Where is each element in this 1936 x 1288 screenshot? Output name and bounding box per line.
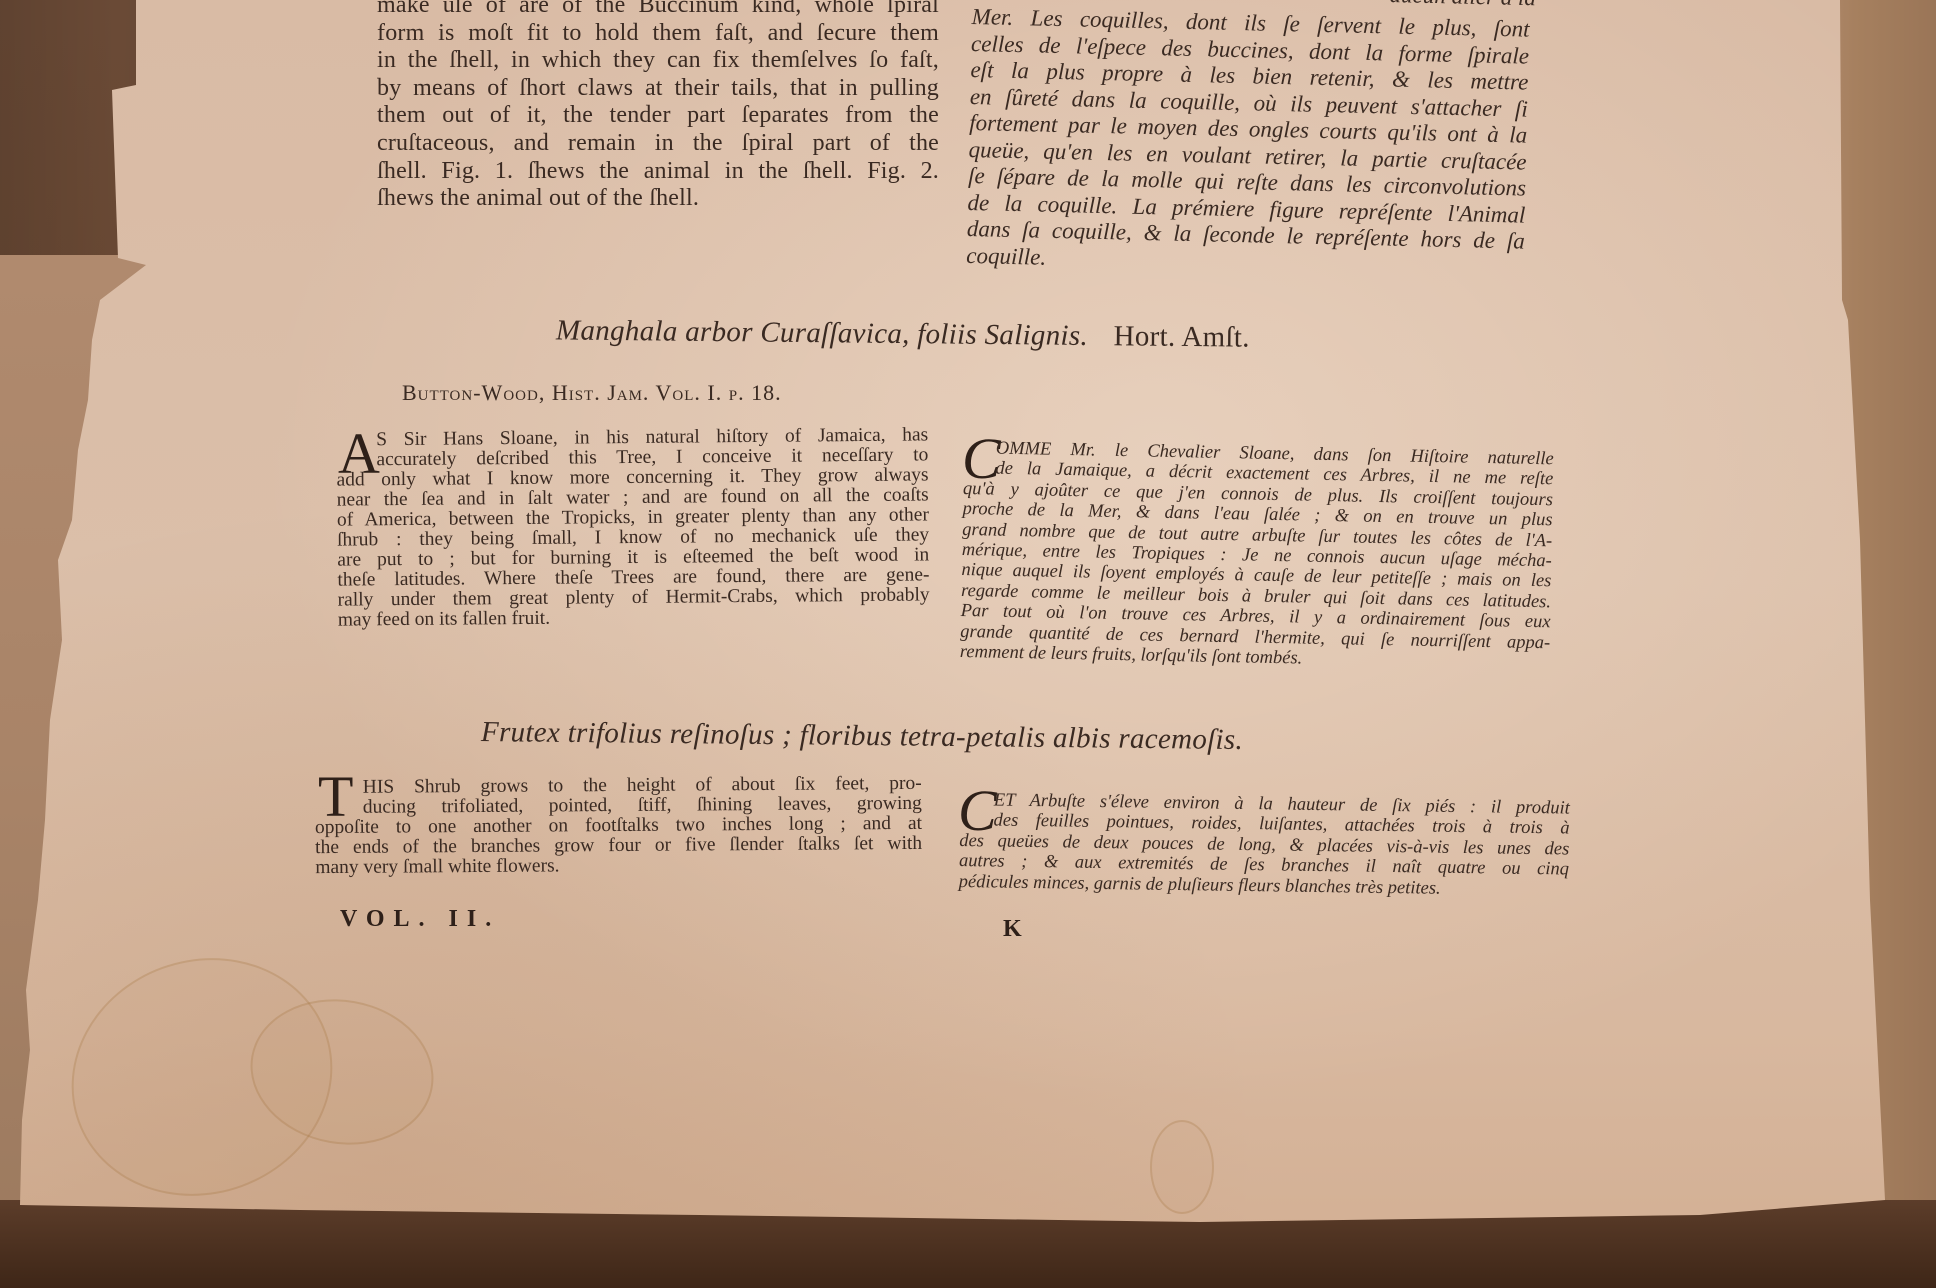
reference-line: Button-Wood, Hiſt. Jam. Vol. I. p. 18. [402,380,782,406]
top-french-column: Mer. Les coquilles, dont ils ſe ſervent … [966,4,1530,282]
text-line: the ends of the branches grow four or fi… [315,834,922,858]
english-paragraph-buttonwood: S Sir Hans Sloane, in his natural hiſtor… [336,425,930,630]
text-line: ſhews the animal out of the ſhell. [377,185,939,213]
text-line: form is moſt fit to hold them faſt, and … [377,20,939,48]
english-paragraph-frutex: HIS Shrub grows to the height of about ſ… [315,774,923,878]
text-line: by means of ſhort claws at their tails, … [377,75,939,103]
text-line: many very ſmall white flowers. [315,854,922,878]
heading-source: Hort. Amſt. [1113,320,1250,353]
text-line: them out of it, the tender part ſeparate… [377,102,939,130]
text-line: in the ſhell, in which they can fix them… [377,47,939,75]
volume-marker: VOL. II. [340,906,500,933]
text-line: cruſtaceous, and remain in the ſpiral pa… [377,130,939,158]
text-line: make uſe of are of the Buccinum kind, wh… [377,0,939,20]
text-line: ſhell. Fig. 1. ſhews the animal in the ſ… [377,158,939,186]
french-paragraph-buttonwood: OMME Mr. le Chevalier Sloane, dans ſon H… [960,438,1554,674]
french-paragraph-frutex: ET Arbuſte s'éleve environ à la hauteur … [959,790,1570,901]
water-stain [1150,1120,1214,1214]
signature-mark: K [1003,916,1022,943]
heading-latin-name: Manghala arbor Curaſſavica, foliis Salig… [556,314,1088,352]
top-english-column: make uſe of are of the Buccinum kind, wh… [377,0,939,213]
